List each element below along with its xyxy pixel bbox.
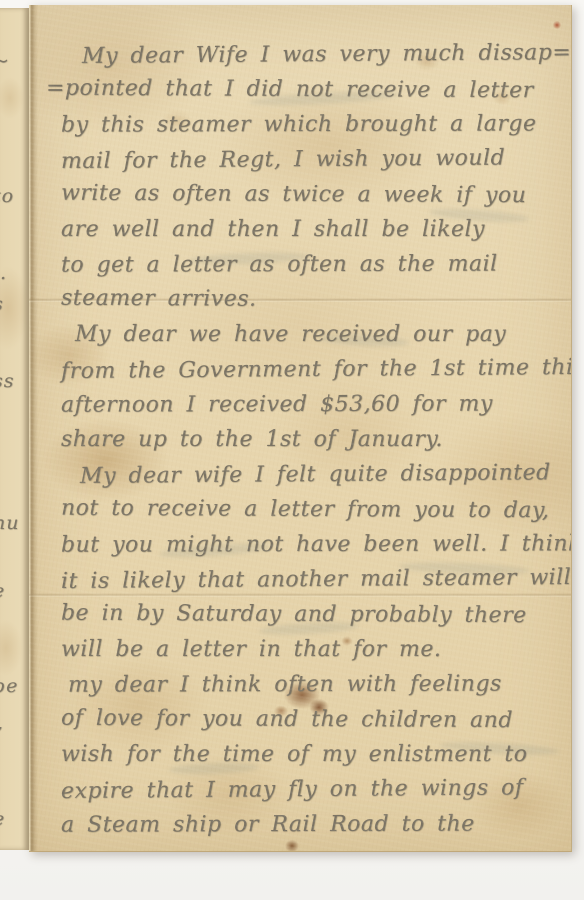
- letter-body: My dear Wife I was very much dissap= =po…: [29, 37, 571, 842]
- letter-line: expire that I may fly on the wings of: [61, 770, 571, 809]
- letter-line: from the Government for the 1st time thi…: [61, 350, 571, 389]
- letter-line: wish for the time of my enlistment to: [61, 737, 571, 772]
- cutoff-text-fragment: ~: [0, 50, 10, 72]
- letter-line: =pointed that I did not receive a letter: [46, 71, 571, 109]
- letter-line: but you might not have been well. I thin…: [61, 526, 571, 562]
- letter-page: My dear Wife I was very much dissap= =po…: [29, 5, 572, 852]
- letter-line: it is likely that another mail steamer w…: [61, 560, 571, 599]
- letter-line: steamer arrives.: [61, 281, 571, 319]
- letter-line: My dear wife I felt quite disappointed: [80, 455, 571, 494]
- adjacent-page-strip: ~ to .. s ss nu e be „ . e: [0, 8, 29, 850]
- letter-line: of love for you and the children and: [61, 701, 571, 739]
- letter-line: a Steam ship or Rail Road to the: [61, 806, 571, 842]
- cutoff-text-fragment: ss: [0, 370, 15, 392]
- cutoff-text-fragment: „: [0, 712, 4, 734]
- letter-line: are well and then I shall be likely: [61, 212, 571, 247]
- letter-line: be in by Saturday and probably there: [61, 596, 571, 634]
- cutoff-text-fragment: s: [0, 293, 4, 315]
- scanned-letter: ~ to .. s ss nu e be „ . e My dear Wife …: [0, 0, 584, 900]
- letter-line: to get a letter as often as the mail: [61, 246, 571, 282]
- letter-line: my dear I think often with feelings: [68, 666, 571, 702]
- cutoff-text-fragment: e: [0, 808, 5, 830]
- letter-line: will be a letter in that for me.: [61, 632, 571, 667]
- cutoff-text-fragment: to: [0, 185, 14, 207]
- letter-line: write as often as twice a week if you: [61, 176, 571, 214]
- letter-line: My dear we have received our pay: [75, 317, 571, 352]
- letter-line: My dear Wife I was very much dissap=: [82, 35, 571, 74]
- cutoff-text-fragment: e: [0, 580, 5, 602]
- letter-line: share up to the 1st of January.: [61, 422, 571, 457]
- cutoff-text-fragment: be: [0, 675, 18, 697]
- letter-line: afternoon I received $53,60 for my: [61, 386, 571, 422]
- letter-line: mail for the Regt, I wish you would: [61, 140, 571, 179]
- letter-line: by this steamer which brought a large: [61, 106, 571, 142]
- cutoff-text-fragment: ..: [0, 262, 7, 284]
- cutoff-text-fragment: nu: [0, 512, 19, 534]
- letter-line: not to receive a letter from you to day,: [61, 491, 571, 529]
